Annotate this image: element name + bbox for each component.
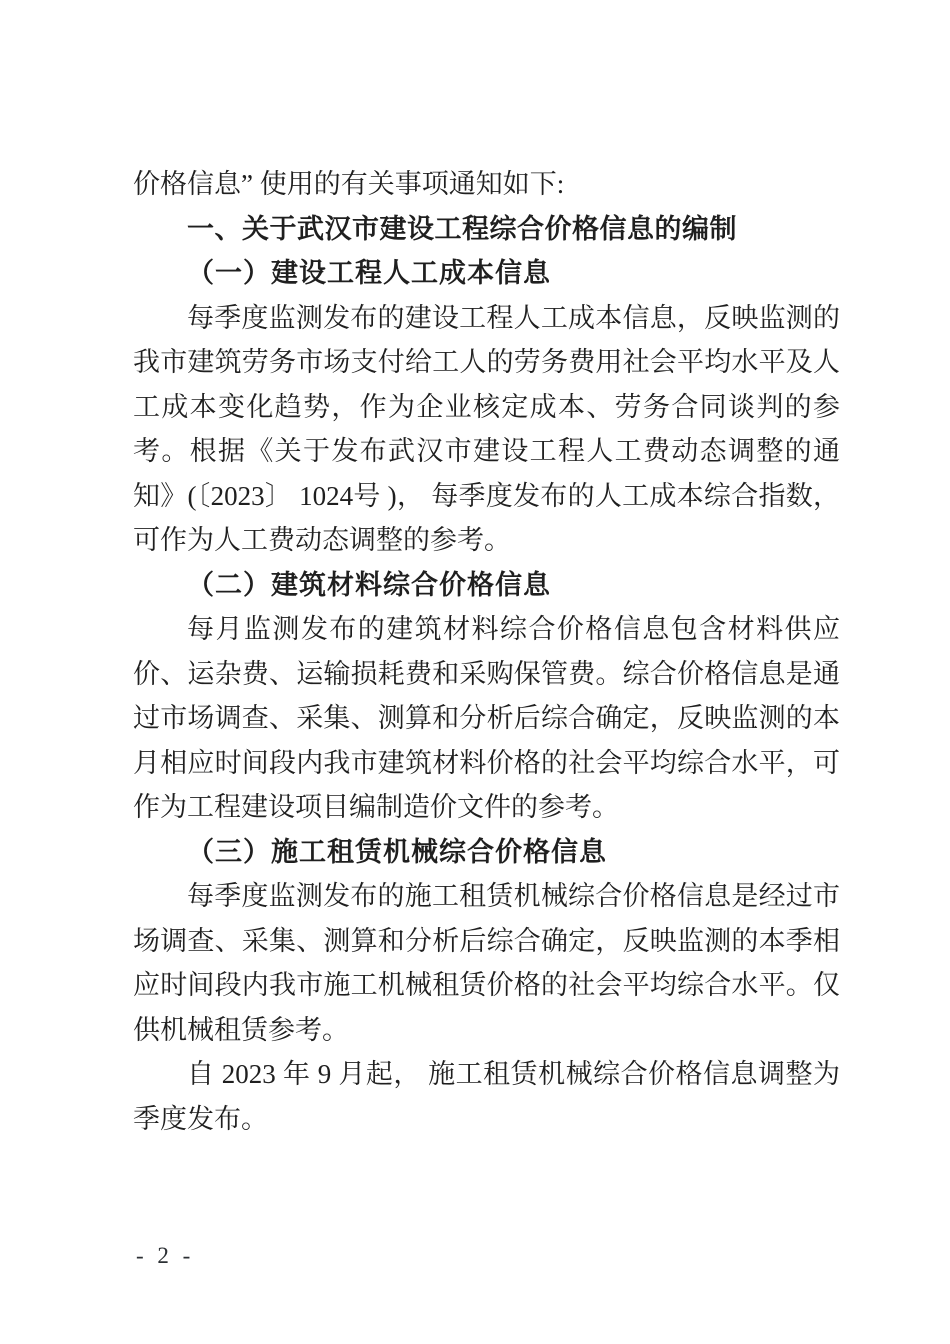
document-body: 价格信息” 使用的有关事项通知如下: 一、关于武汉市建设工程综合价格信息的编制 … [133, 162, 840, 1141]
subsection-3-heading: （三）施工租赁机械综合价格信息 [133, 830, 840, 875]
section-1-heading: 一、关于武汉市建设工程综合价格信息的编制 [133, 207, 840, 252]
subsection-1-paragraph: 每季度监测发布的建设工程人工成本信息，反映监测的我市建筑劳务市场支付给工人的劳务… [133, 296, 840, 563]
page-number: - 2 - [136, 1243, 194, 1269]
document-page: 价格信息” 使用的有关事项通知如下: 一、关于武汉市建设工程综合价格信息的编制 … [0, 0, 950, 1344]
subsection-2-heading: （二）建筑材料综合价格信息 [133, 563, 840, 608]
subsection-2-paragraph: 每月监测发布的建筑材料综合价格信息包含材料供应价、运杂费、运输损耗费和采购保管费… [133, 607, 840, 830]
subsection-1-heading: （一）建设工程人工成本信息 [133, 251, 840, 296]
subsection-3-paragraph-2: 自 2023 年 9 月起， 施工租赁机械综合价格信息调整为季度发布。 [133, 1052, 840, 1141]
intro-paragraph: 价格信息” 使用的有关事项通知如下: [133, 162, 840, 207]
subsection-3-paragraph-1: 每季度监测发布的施工租赁机械综合价格信息是经过市场调查、采集、测算和分析后综合确… [133, 874, 840, 1052]
